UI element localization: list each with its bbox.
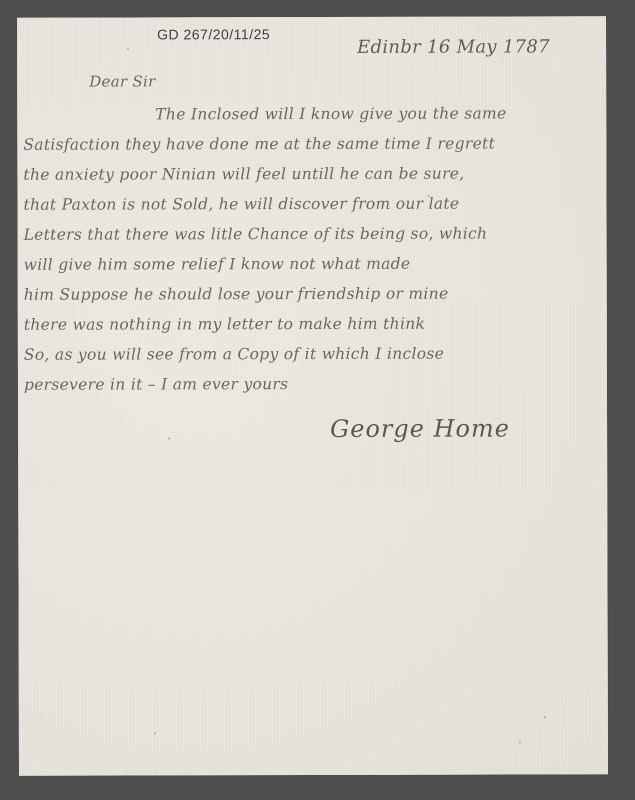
- body-line: Satisfaction they have done me at the sa…: [23, 135, 495, 154]
- paper-speck: [427, 195, 429, 197]
- paper-speck: [168, 437, 170, 439]
- paper-speck: [127, 47, 129, 49]
- body-line: So, as you will see from a Copy of it wh…: [24, 345, 444, 364]
- body-line: The Inclosed will I know give you the sa…: [155, 104, 506, 123]
- signature: George Home: [330, 414, 510, 442]
- paper-speck: [154, 732, 156, 734]
- body-line: the anxiety poor Ninian will feel untill…: [23, 165, 464, 184]
- body-line: will give him some relief I know not wha…: [24, 255, 411, 274]
- body-line: Letters that there was litle Chance of i…: [24, 225, 488, 244]
- body-line: him Suppose he should lose your friendsh…: [24, 285, 449, 304]
- body-line: that Paxton is not Sold, he will discove…: [23, 195, 459, 214]
- closing-line: persevere in it – I am ever yours: [24, 375, 288, 394]
- paper-speck: [519, 741, 521, 743]
- letter-page: GD 267/20/11/25 Edinbr 16 May 1787 Dear …: [17, 16, 608, 776]
- salutation: Dear Sir: [89, 72, 155, 90]
- dateline: Edinbr 16 May 1787: [357, 36, 550, 58]
- body-line: there was nothing in my letter to make h…: [24, 315, 425, 334]
- archive-reference: GD 267/20/11/25: [157, 26, 270, 42]
- paper-speck: [544, 716, 546, 718]
